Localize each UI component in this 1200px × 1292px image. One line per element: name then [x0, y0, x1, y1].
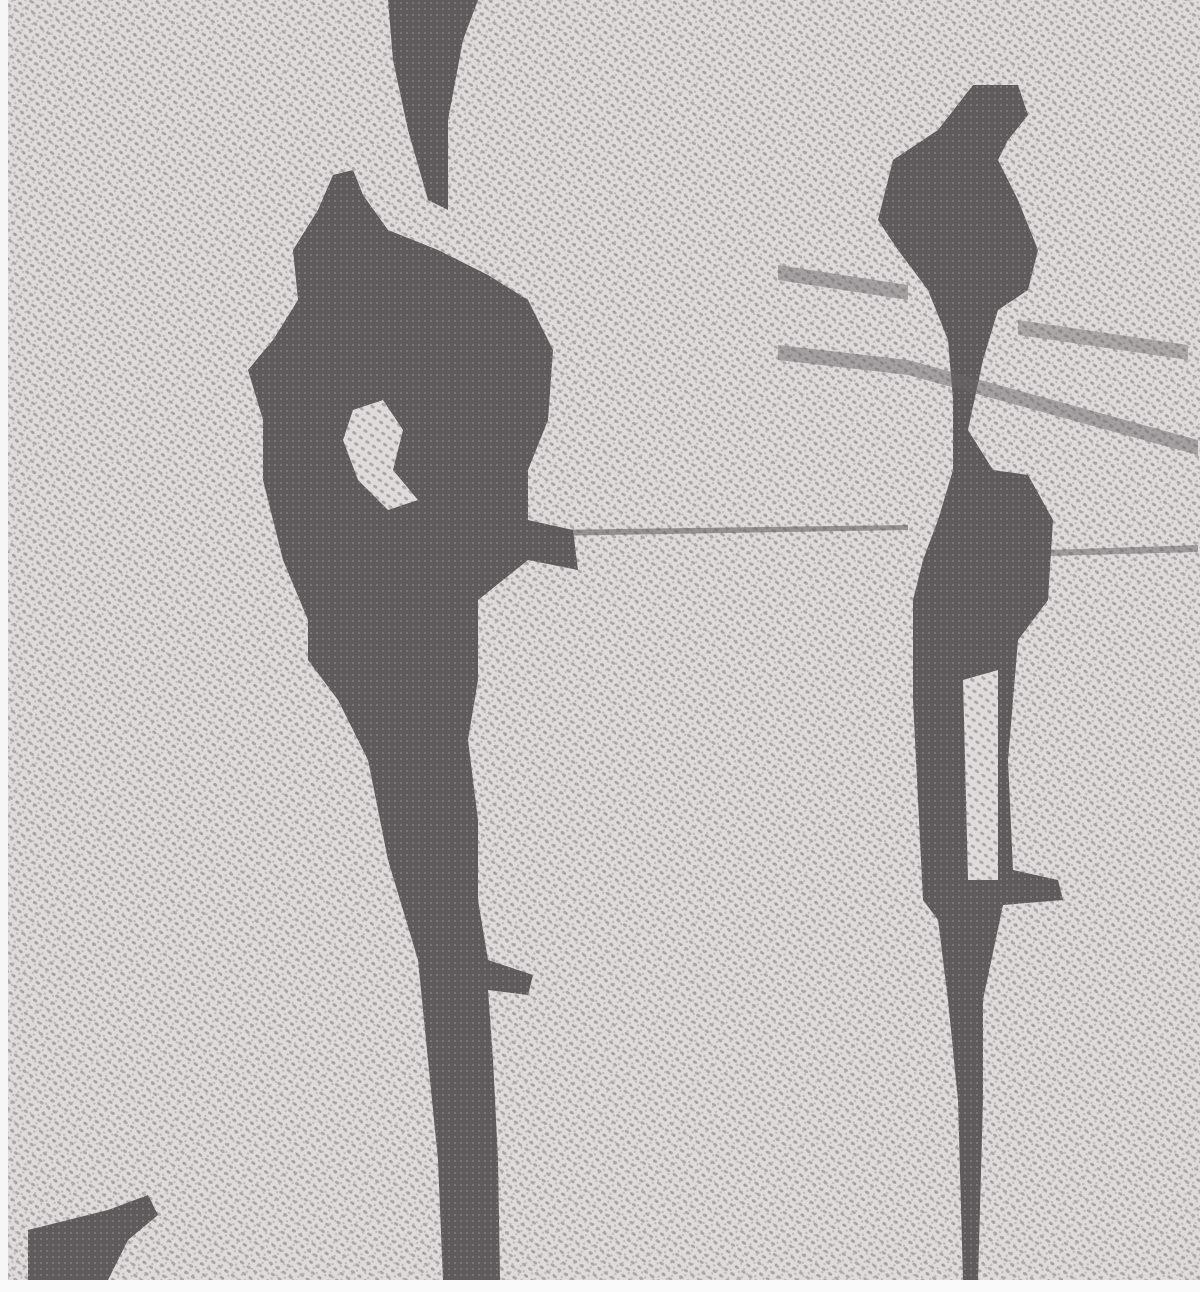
right-figure-gap — [963, 670, 998, 880]
halftone-photo — [8, 0, 1200, 1280]
bottom-margin — [0, 1280, 1200, 1292]
